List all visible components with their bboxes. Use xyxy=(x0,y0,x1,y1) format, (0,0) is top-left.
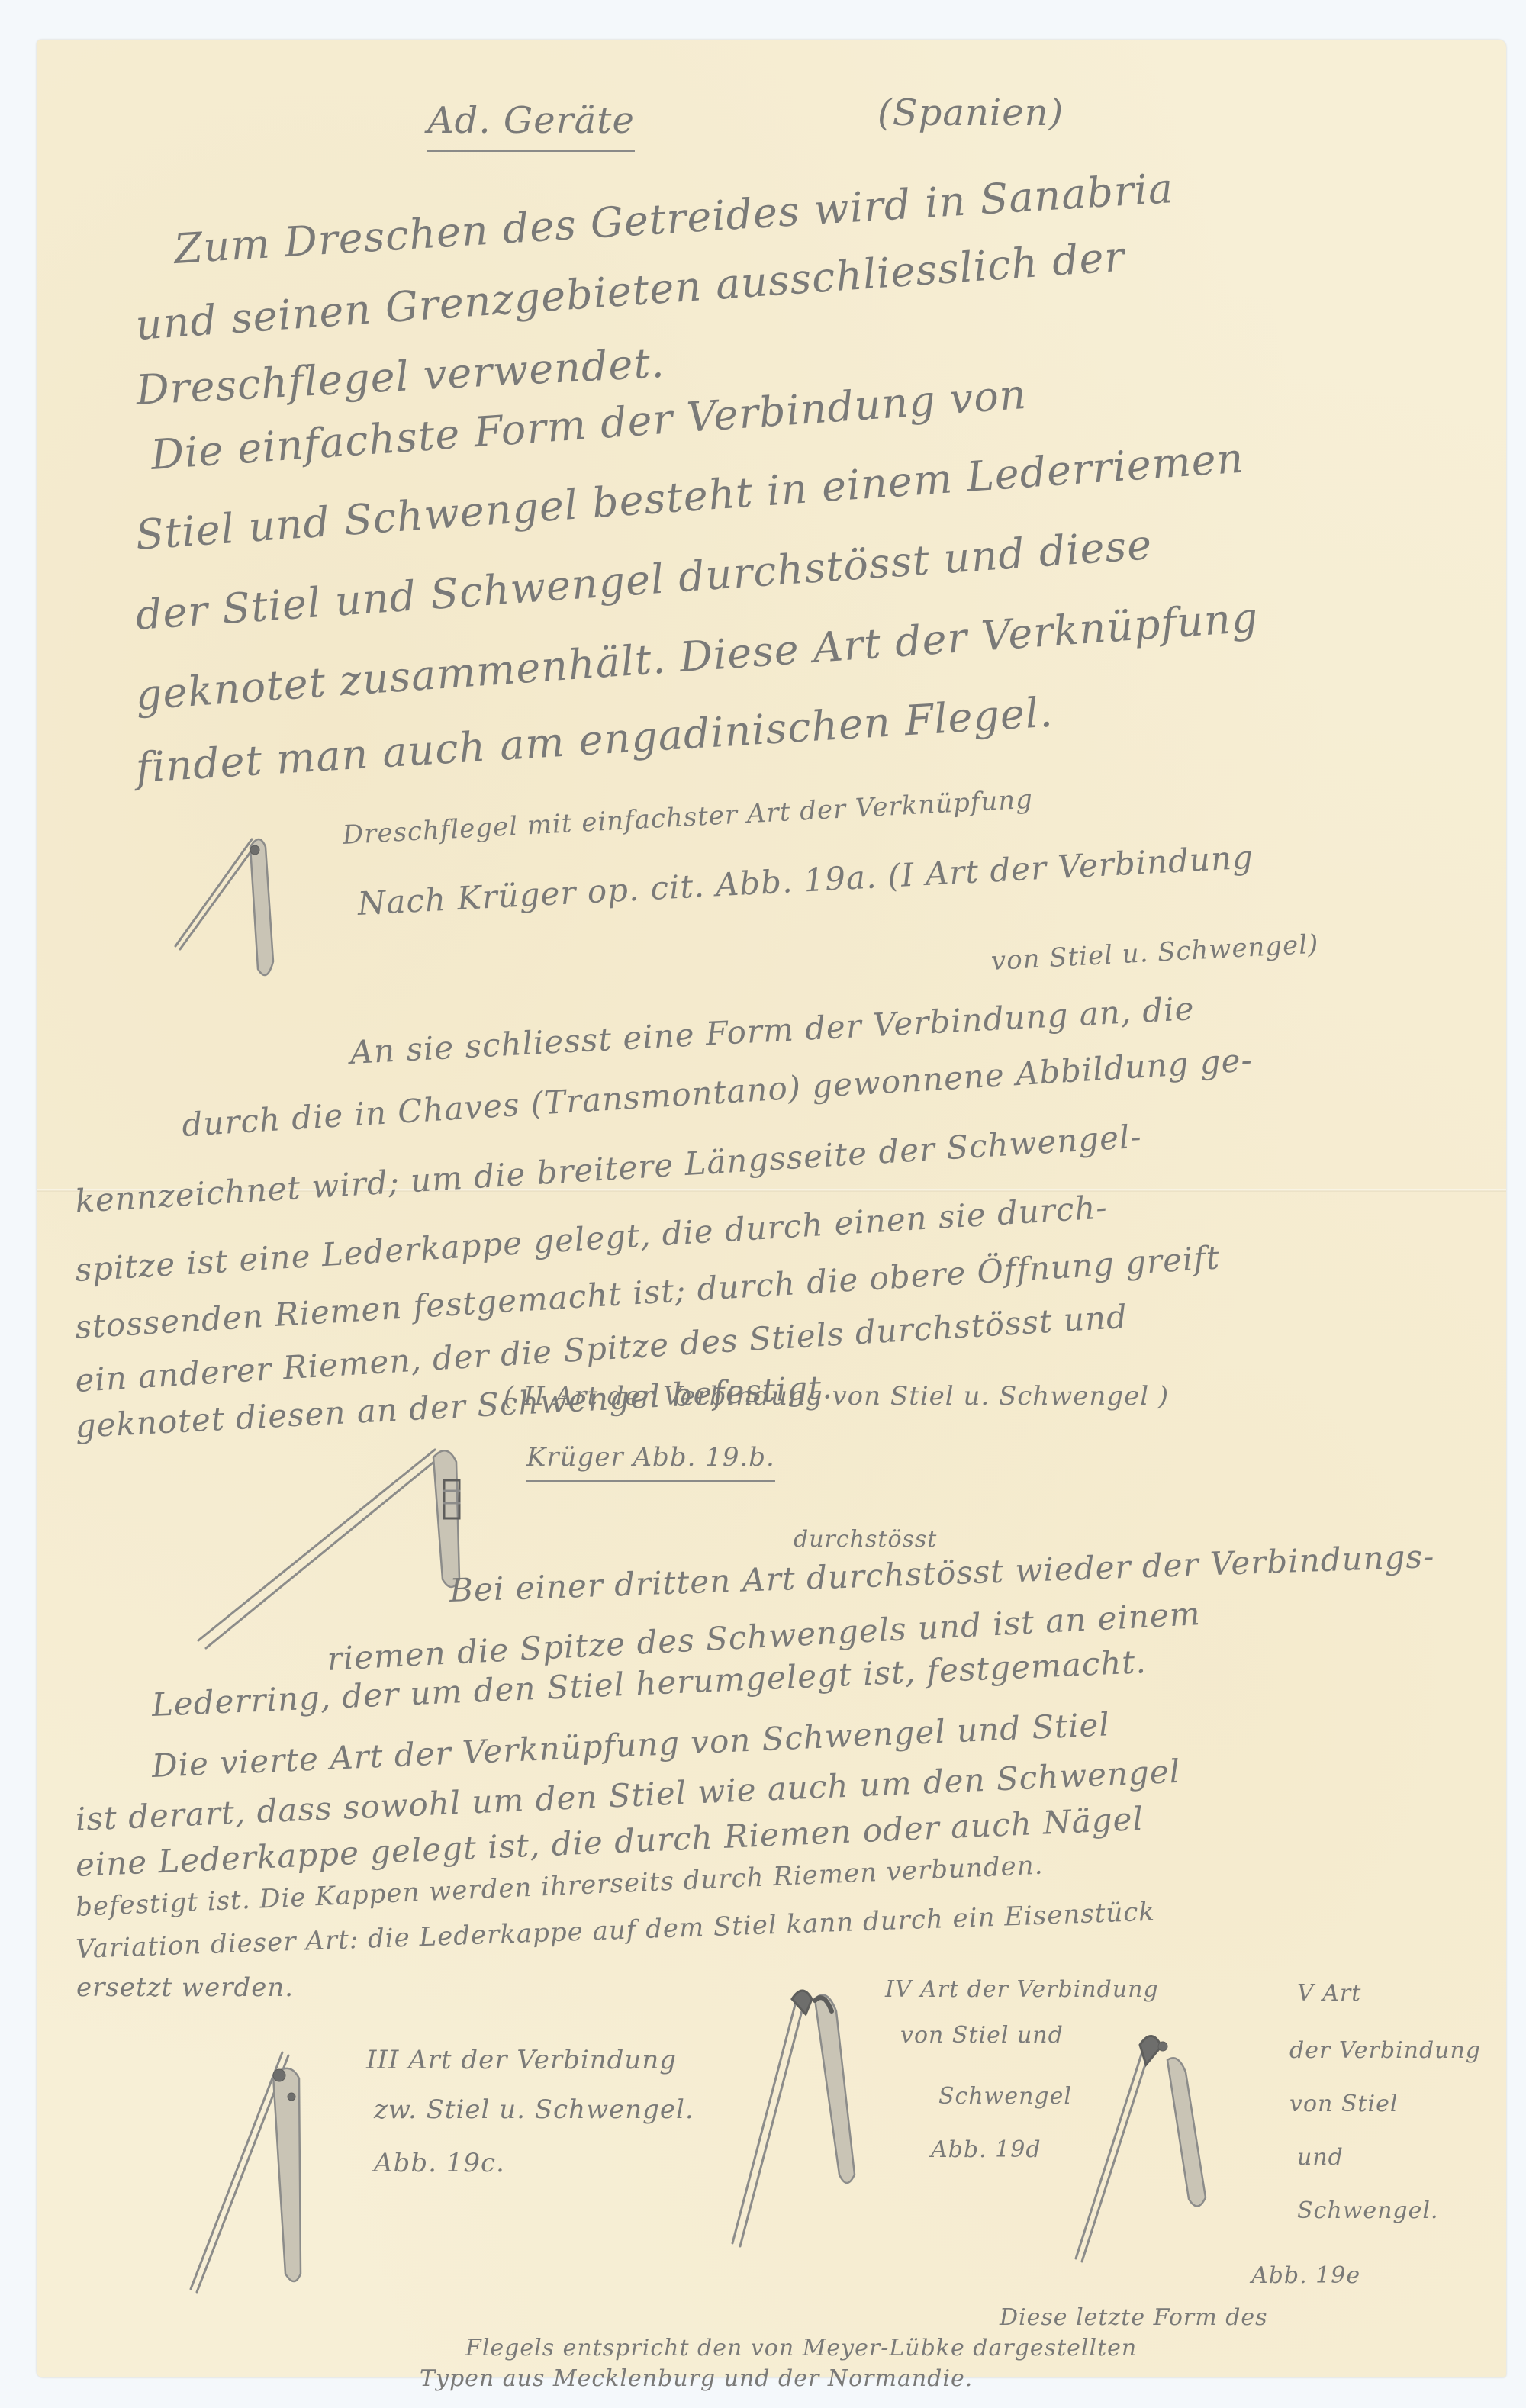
caption-19e-line-1: V Art xyxy=(1297,1980,1361,2007)
page-title: Ad. Geräte xyxy=(427,99,635,152)
caption-19c-line-1: III Art der Verbindung xyxy=(366,2045,677,2075)
caption-19b-line-2: Krüger Abb. 19.b. xyxy=(526,1442,775,1482)
flail-sketch-19c xyxy=(191,2045,343,2335)
flail-sketch-19d xyxy=(732,1969,885,2274)
flail-sketch-19e xyxy=(1045,1999,1213,2289)
p4-inserted-word: durchstösst xyxy=(794,1526,937,1553)
flail-sketch-19a xyxy=(175,824,313,1007)
caption-19e-line-3: von Stiel xyxy=(1289,2091,1398,2117)
caption-19b-line-1: ( II Art der Verbindung von Stiel u. Sch… xyxy=(504,1381,1169,1412)
caption-19c-line-2: zw. Stiel u. Schwengel. xyxy=(374,2094,694,2125)
caption-19e-line-5: Schwengel. xyxy=(1297,2197,1439,2224)
caption-19e-line-6: Abb. 19e xyxy=(1251,2262,1360,2289)
caption-19d-line-2: von Stiel und xyxy=(900,2022,1064,2049)
footer-line-1: Flegels entspricht den von Meyer-Lübke d… xyxy=(465,2335,1137,2361)
footer-line-2: Typen aus Mecklenburg und der Normandie. xyxy=(420,2365,973,2392)
caption-19c-line-3: Abb. 19c. xyxy=(374,2148,505,2178)
p5-line-6: ersetzt werden. xyxy=(76,1972,294,2003)
footer-insert: Diese letzte Form des xyxy=(1000,2304,1268,2331)
region-label: (Spanien) xyxy=(877,92,1064,134)
caption-19e-line-2: der Verbindung xyxy=(1289,2037,1481,2064)
flail-sketch-19b xyxy=(191,1427,481,1656)
caption-19d-line-4: Abb. 19d xyxy=(931,2136,1041,2163)
caption-19e-line-4: und xyxy=(1297,2144,1344,2171)
